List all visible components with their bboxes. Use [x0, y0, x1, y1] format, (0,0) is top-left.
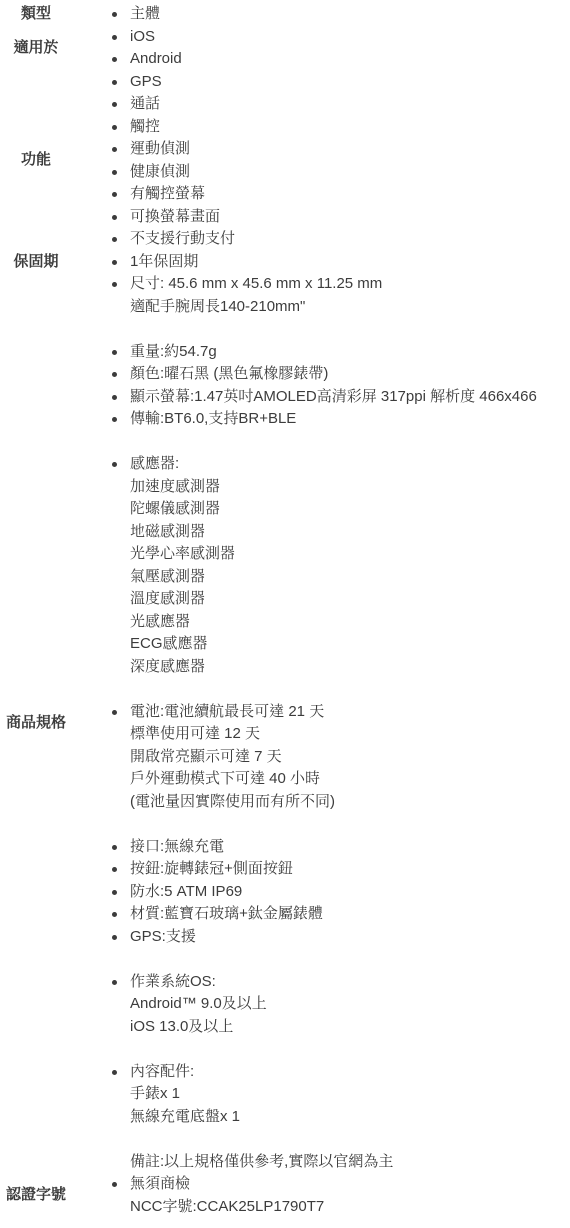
spec-item: GPS:支援 [110, 926, 570, 949]
spec-line: 標準使用可達 12 天 [130, 723, 570, 746]
spec-item-lines: GPS [130, 71, 570, 94]
spec-line: 無須商檢 [130, 1173, 570, 1196]
spec-item-lines: Android [130, 48, 570, 71]
spec-item-lines: 1年保固期 [130, 251, 570, 274]
spec-item: 尺寸: 45.6 mm x 45.6 mm x 11.25 mm適配手腕周長14… [110, 273, 570, 318]
spec-item: 重量:約54.7g [110, 341, 570, 364]
spec-line: 手錶x 1 [130, 1083, 570, 1106]
spec-row: 保固期 1年保固期 [0, 251, 570, 274]
spec-item: 運動偵測 [110, 138, 570, 161]
bullet-icon [112, 935, 117, 940]
spec-item-lines: 電池:電池續航最長可達 21 天標準使用可達 12 天開啟常亮顯示可達 7 天戶… [130, 701, 570, 814]
spec-item: Android [110, 48, 570, 71]
spec-line: 接口:無線充電 [130, 836, 570, 859]
spec-item-lines: 備註:以上規格僅供參考,實際以官網為主 [130, 1151, 570, 1174]
spec-item: 備註:以上規格僅供參考,實際以官網為主 [110, 1151, 570, 1174]
spec-line: 深度感應器 [130, 656, 570, 679]
bullet-icon [112, 395, 117, 400]
spec-line: 重量:約54.7g [130, 341, 570, 364]
spec-item-lines: 材質:藍寶石玻璃+鈦金屬錶體 [130, 903, 570, 926]
spec-item: 顏色:曜石黑 (黑色氟橡膠錶帶) [110, 363, 570, 386]
spec-item-lines: 有觸控螢幕 [130, 183, 570, 206]
spec-row: 適用於 iOS Android [0, 26, 570, 71]
spec-category-label: 功能 [0, 71, 72, 251]
spec-item-lines: 不支援行動支付 [130, 228, 570, 251]
spec-line: iOS [130, 26, 570, 49]
spec-item: 通話 [110, 93, 570, 116]
spec-items: 1年保固期 [72, 251, 570, 274]
bullet-icon [112, 237, 117, 242]
spec-items: iOS Android [72, 26, 570, 71]
bullet-icon [112, 845, 117, 850]
spec-line: 主體 [130, 3, 570, 26]
spec-item-lines: 接口:無線充電 [130, 836, 570, 859]
bullet-icon [112, 890, 117, 895]
spec-category-label: 適用於 [0, 26, 72, 71]
spec-item: 防水:5 ATM IP69 [110, 881, 570, 904]
spec-item: 無須商檢NCC字號:CCAK25LP1790T7 [110, 1173, 570, 1218]
bullet-icon [112, 35, 117, 40]
spec-item-lines: 顏色:曜石黑 (黑色氟橡膠錶帶) [130, 363, 570, 386]
spec-item: 觸控 [110, 116, 570, 139]
spec-category-label: 商品規格 [0, 273, 72, 1173]
spec-line: 陀螺儀感測器 [130, 498, 570, 521]
spec-line: 健康偵測 [130, 161, 570, 184]
bullet-icon [112, 80, 117, 85]
spec-row: 功能 GPS 通話 觸控 運動偵測 健康偵測 有觸控螢幕 可換螢幕畫面 不支援行… [0, 71, 570, 251]
spec-line: 可換螢幕畫面 [130, 206, 570, 229]
bullet-icon [112, 462, 117, 467]
spec-item: 健康偵測 [110, 161, 570, 184]
bullet-icon [112, 417, 117, 422]
spec-line: 防水:5 ATM IP69 [130, 881, 570, 904]
bullet-icon [112, 170, 117, 175]
spec-item-lines: 顯示螢幕:1.47英吋AMOLED高清彩屏 317ppi 解析度 466x466 [130, 386, 570, 409]
spec-line: 顏色:曜石黑 (黑色氟橡膠錶帶) [130, 363, 570, 386]
spec-item-lines: 可換螢幕畫面 [130, 206, 570, 229]
spec-line: 開啟常亮顯示可達 7 天 [130, 746, 570, 769]
spec-line: GPS [130, 71, 570, 94]
spec-line: 電池:電池續航最長可達 21 天 [130, 701, 570, 724]
spec-line: 戶外運動模式下可達 40 小時 [130, 768, 570, 791]
spec-item: 有觸控螢幕 [110, 183, 570, 206]
spec-item: 電池:電池續航最長可達 21 天標準使用可達 12 天開啟常亮顯示可達 7 天戶… [110, 701, 570, 814]
spec-line: 材質:藍寶石玻璃+鈦金屬錶體 [130, 903, 570, 926]
spec-line: 運動偵測 [130, 138, 570, 161]
spec-line: Android [130, 48, 570, 71]
spec-item-lines: 防水:5 ATM IP69 [130, 881, 570, 904]
spec-item-lines: 尺寸: 45.6 mm x 45.6 mm x 11.25 mm適配手腕周長14… [130, 273, 570, 318]
spec-category-label: 認證字號 [0, 1173, 72, 1218]
spec-line: 氣壓感測器 [130, 566, 570, 589]
spec-line: 有觸控螢幕 [130, 183, 570, 206]
bullet-icon [112, 125, 117, 130]
spec-item-lines: 感應器:加速度感測器陀螺儀感測器地磁感測器光學心率感測器氣壓感測器溫度感測器光感… [130, 453, 570, 678]
spec-category-label: 保固期 [0, 251, 72, 274]
bullet-icon [112, 282, 117, 287]
bullet-icon [112, 102, 117, 107]
spec-item-lines: 通話 [130, 93, 570, 116]
bullet-icon [112, 372, 117, 377]
spec-line: 尺寸: 45.6 mm x 45.6 mm x 11.25 mm [130, 273, 570, 296]
spec-line: 光學心率感測器 [130, 543, 570, 566]
spec-item-lines: iOS [130, 26, 570, 49]
bullet-icon [112, 867, 117, 872]
spec-line: 備註:以上規格僅供參考,實際以官網為主 [130, 1151, 570, 1174]
bullet-icon [112, 12, 117, 17]
spec-item: 材質:藍寶石玻璃+鈦金屬錶體 [110, 903, 570, 926]
spec-line: NCC字號:CCAK25LP1790T7 [130, 1196, 570, 1219]
spec-items: 主體 [72, 3, 570, 26]
bullet-icon [112, 57, 117, 62]
spec-item: 主體 [110, 3, 570, 26]
spec-item-lines: 觸控 [130, 116, 570, 139]
spec-item-lines: 無須商檢NCC字號:CCAK25LP1790T7 [130, 1173, 570, 1218]
spec-item-lines: 作業系統OS:Android™ 9.0及以上iOS 13.0及以上 [130, 971, 570, 1039]
spec-item-lines: 重量:約54.7g [130, 341, 570, 364]
spec-row: 商品規格 尺寸: 45.6 mm x 45.6 mm x 11.25 mm適配手… [0, 273, 570, 1173]
bullet-icon [112, 260, 117, 265]
spec-line: 觸控 [130, 116, 570, 139]
spec-line: 不支援行動支付 [130, 228, 570, 251]
spec-item-lines: 主體 [130, 3, 570, 26]
spec-row: 類型 主體 [0, 3, 570, 26]
spec-item: 內容配件:手錶x 1無線充電底盤x 1 [110, 1061, 570, 1129]
spec-row: 認證字號 無須商檢NCC字號:CCAK25LP1790T7 [0, 1173, 570, 1218]
spec-line: 傳輸:BT6.0,支持BR+BLE [130, 408, 570, 431]
spec-line: 溫度感測器 [130, 588, 570, 611]
spec-item-lines: 內容配件:手錶x 1無線充電底盤x 1 [130, 1061, 570, 1129]
spec-line: 1年保固期 [130, 251, 570, 274]
bullet-icon [112, 192, 117, 197]
spec-line: 作業系統OS: [130, 971, 570, 994]
spec-line: 光感應器 [130, 611, 570, 634]
spec-line: GPS:支援 [130, 926, 570, 949]
product-spec-table: 類型 主體 適用於 iOS Android 功能 GPS 通話 觸控 運動偵測 [0, 0, 570, 1218]
spec-line: ECG感應器 [130, 633, 570, 656]
bullet-icon [112, 710, 117, 715]
spec-line: 通話 [130, 93, 570, 116]
bullet-icon [112, 1182, 117, 1187]
spec-items: 無須商檢NCC字號:CCAK25LP1790T7 [72, 1173, 570, 1218]
spec-item-lines: 傳輸:BT6.0,支持BR+BLE [130, 408, 570, 431]
spec-items: 尺寸: 45.6 mm x 45.6 mm x 11.25 mm適配手腕周長14… [72, 273, 570, 1173]
spec-item: 不支援行動支付 [110, 228, 570, 251]
bullet-icon [112, 980, 117, 985]
spec-line: 按鈕:旋轉錶冠+側面按鈕 [130, 858, 570, 881]
bullet-icon [112, 912, 117, 917]
spec-line: iOS 13.0及以上 [130, 1016, 570, 1039]
spec-line: Android™ 9.0及以上 [130, 993, 570, 1016]
spec-item: iOS [110, 26, 570, 49]
spec-item: GPS [110, 71, 570, 94]
spec-category-label: 類型 [0, 3, 72, 26]
spec-line: 內容配件: [130, 1061, 570, 1084]
spec-item: 1年保固期 [110, 251, 570, 274]
spec-item-lines: 健康偵測 [130, 161, 570, 184]
spec-item-lines: 運動偵測 [130, 138, 570, 161]
spec-item: 傳輸:BT6.0,支持BR+BLE [110, 408, 570, 431]
bullet-icon [112, 215, 117, 220]
spec-item: 感應器:加速度感測器陀螺儀感測器地磁感測器光學心率感測器氣壓感測器溫度感測器光感… [110, 453, 570, 678]
spec-line: 地磁感測器 [130, 521, 570, 544]
spec-item: 按鈕:旋轉錶冠+側面按鈕 [110, 858, 570, 881]
spec-item: 可換螢幕畫面 [110, 206, 570, 229]
spec-line: (電池量因實際使用而有所不同) [130, 791, 570, 814]
spec-line: 適配手腕周長140-210mm" [130, 296, 570, 319]
spec-line: 加速度感測器 [130, 476, 570, 499]
spec-items: GPS 通話 觸控 運動偵測 健康偵測 有觸控螢幕 可換螢幕畫面 不支援行動支付 [72, 71, 570, 251]
spec-item: 作業系統OS:Android™ 9.0及以上iOS 13.0及以上 [110, 971, 570, 1039]
bullet-icon [112, 147, 117, 152]
spec-line: 感應器: [130, 453, 570, 476]
bullet-icon [112, 350, 117, 355]
spec-item: 顯示螢幕:1.47英吋AMOLED高清彩屏 317ppi 解析度 466x466 [110, 386, 570, 409]
spec-item: 接口:無線充電 [110, 836, 570, 859]
spec-item-lines: GPS:支援 [130, 926, 570, 949]
spec-line: 顯示螢幕:1.47英吋AMOLED高清彩屏 317ppi 解析度 466x466 [130, 386, 570, 409]
bullet-icon [112, 1070, 117, 1075]
spec-line: 無線充電底盤x 1 [130, 1106, 570, 1129]
spec-item-lines: 按鈕:旋轉錶冠+側面按鈕 [130, 858, 570, 881]
